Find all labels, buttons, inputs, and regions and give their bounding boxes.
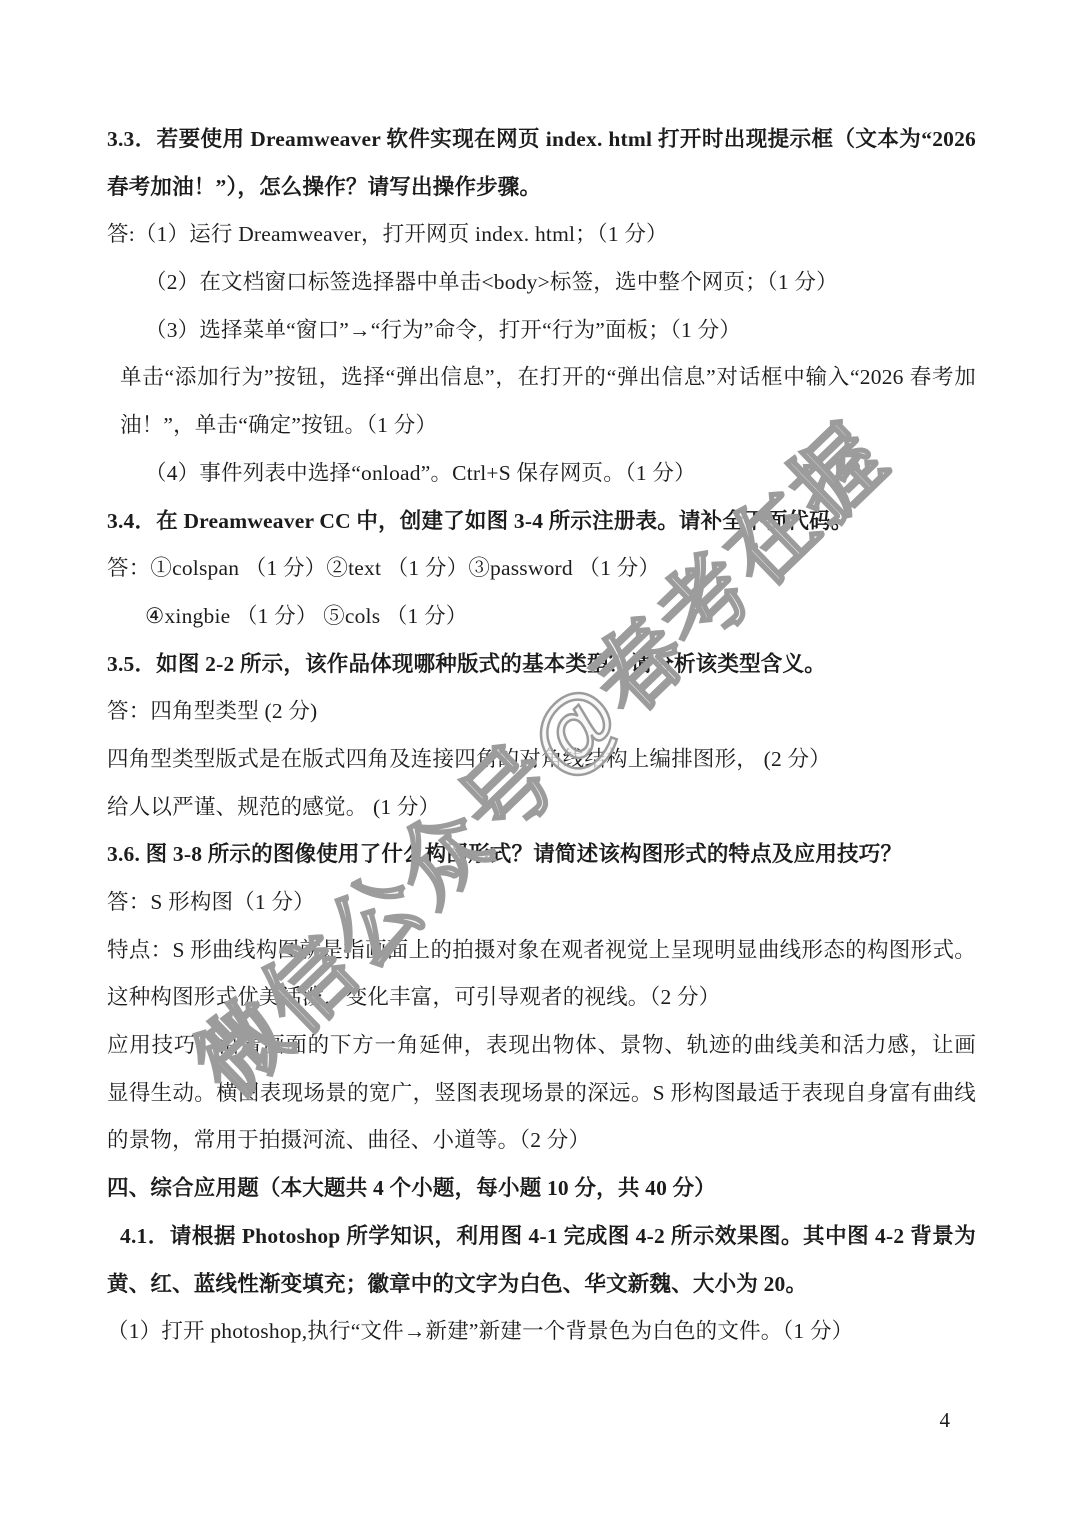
answer-3-5-line-1: 答：四角型类型 (2 分) (107, 688, 976, 736)
question-4-1-line-2: 黄、红、蓝线性渐变填充；徽章中的文字为白色、华文新魏、大小为 20。 (107, 1261, 976, 1309)
document-body: 3.3．若要使用 Dreamweaver 软件实现在网页 index. html… (107, 116, 976, 1356)
answer-3-6-line-5: 显得生动。横图表现场景的宽广，竖图表现场景的深远。S 形构图最适于表现自身富有曲… (107, 1070, 976, 1118)
question-3-3-line-2: 春考加油！”），怎么操作？请写出操作步骤。 (107, 164, 976, 212)
answer-3-3-step-4: （4）事件列表中选择“onload”。Ctrl+S 保存网页。（1 分） (107, 450, 976, 498)
answer-3-6-line-4: 应用技巧：沿着画面的下方一角延伸，表现出物体、景物、轨迹的曲线美和活力感，让画 (107, 1022, 976, 1070)
question-3-6: 3.6. 图 3-8 所示的图像使用了什么构图形式？请简述该构图形式的特点及应用… (107, 831, 976, 879)
answer-3-6-line-6: 的景物，常用于拍摄河流、曲径、小道等。（2 分） (107, 1117, 976, 1165)
answer-3-5-line-2: 四角型类型版式是在版式四角及连接四角的对角线结构上编排图形， (2 分） (107, 736, 976, 784)
answer-3-3-step-2: （2）在文档窗口标签选择器中单击<body>标签，选中整个网页；（1 分） (107, 259, 976, 307)
answer-3-6-line-2: 特点：S 形曲线构图就是指画面上的拍摄对象在观者视觉上呈现明显曲线形态的构图形式… (107, 927, 976, 975)
section-4-heading: 四、综合应用题（本大题共 4 个小题，每小题 10 分，共 40 分） (107, 1165, 976, 1213)
question-3-5: 3.5．如图 2-2 所示，该作品体现哪种版式的基本类型？请分析该类型含义。 (107, 641, 976, 689)
page-number: 4 (940, 1405, 951, 1435)
answer-3-3-step-1: 答:（1）运行 Dreamweaver，打开网页 index. html；（1 … (107, 211, 976, 259)
exam-answer-page: 微信公众号@春考在握 3.3．若要使用 Dreamweaver 软件实现在网页 … (0, 0, 1080, 1526)
answer-3-4-line-1: 答：①colspan （1 分）②text （1 分）③password （1 … (107, 545, 976, 593)
answer-3-6-line-1: 答：S 形构图（1 分） (107, 879, 976, 927)
answer-4-1-step-1: （1）打开 photoshop,执行“文件→新建”新建一个背景色为白色的文件。（… (107, 1308, 976, 1356)
answer-3-3-step-3: （3）选择菜单“窗口”→“行为”命令，打开“行为”面板；（1 分） (107, 307, 976, 355)
answer-3-5-line-3: 给人以严谨、规范的感觉。 (1 分） (107, 784, 976, 832)
question-3-4: 3.4．在 Dreamweaver CC 中，创建了如图 3-4 所示注册表。请… (107, 498, 976, 546)
answer-3-6-line-3: 这种构图形式优美活泼，变化丰富，可引导观者的视线。（2 分） (107, 974, 976, 1022)
answer-3-3-step-3-cont-1: 单击“添加行为”按钮，选择“弹出信息”，在打开的“弹出信息”对话框中输入“202… (107, 354, 976, 402)
answer-3-3-step-3-cont-2: 油！”，单击“确定”按钮。（1 分） (107, 402, 976, 450)
question-3-3-line-1: 3.3．若要使用 Dreamweaver 软件实现在网页 index. html… (107, 116, 976, 164)
answer-3-4-line-2: ④xingbie （1 分） ⑤cols （1 分） (107, 593, 976, 641)
question-4-1-line-1: 4.1．请根据 Photoshop 所学知识，利用图 4-1 完成图 4-2 所… (107, 1213, 976, 1261)
